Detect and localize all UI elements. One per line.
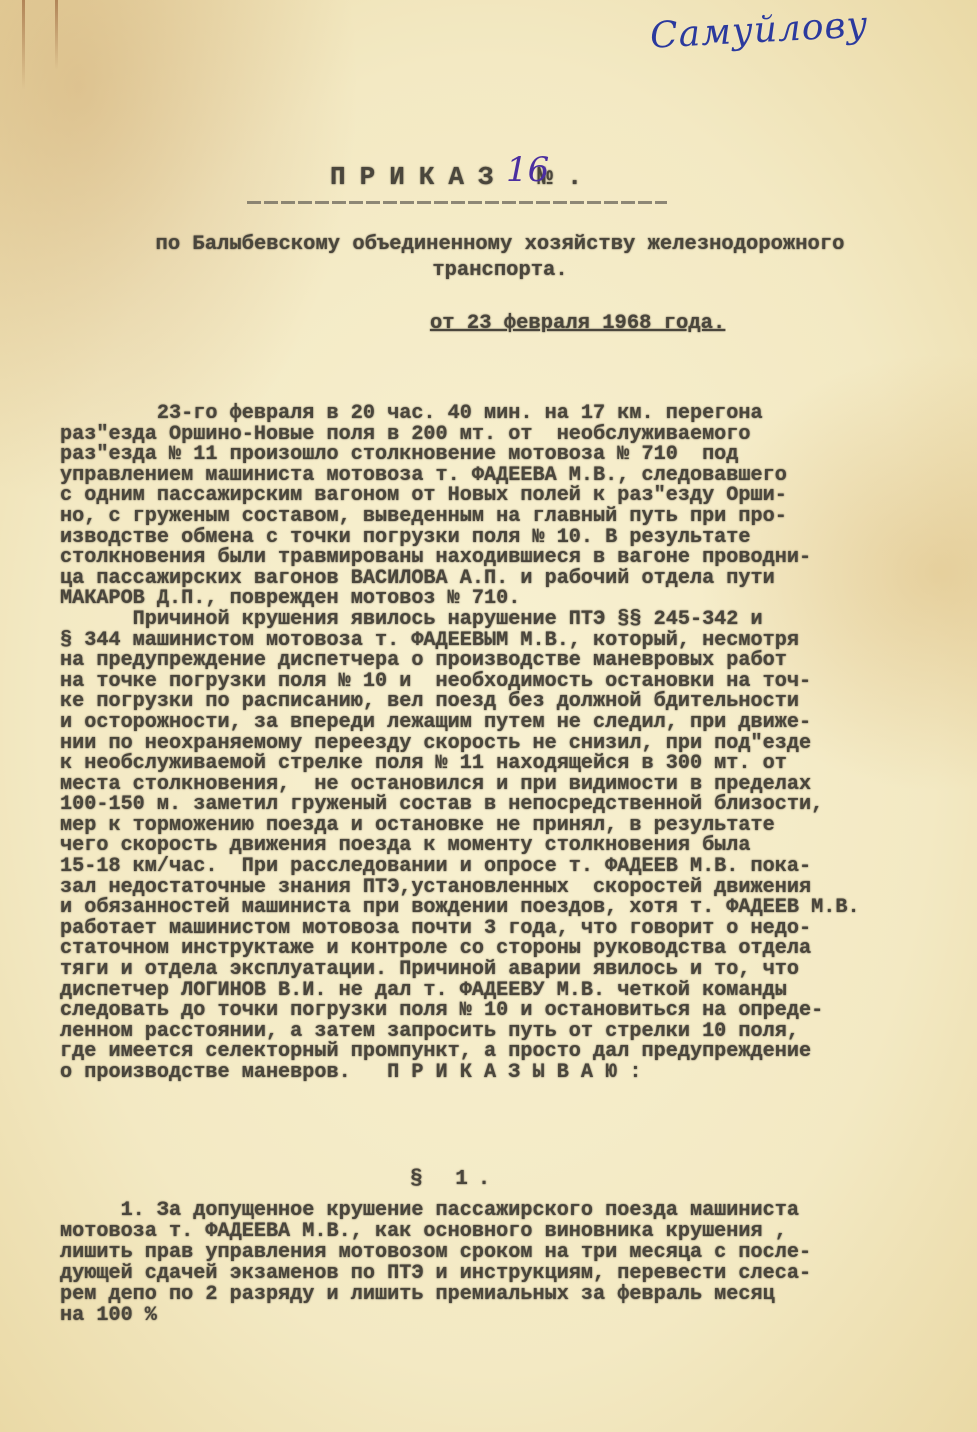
title-underline — [247, 201, 667, 204]
text-line: о производстве маневров. П Р И К А З Ы В… — [60, 1063, 950, 1084]
text-line: работает машинистом мотовоза почти 3 год… — [60, 919, 950, 940]
document-title: ПРИКАЗ №. — [330, 162, 596, 192]
text-line: и обязанностей машиниста при вождении по… — [60, 898, 950, 919]
text-line: 100-150 м. заметил груженый состав в неп… — [60, 795, 950, 816]
text-line: лишить прав управления мотовозом сроком … — [60, 1242, 950, 1263]
subtitle-line: по Балыбевскому объединенному хозяйству … — [70, 232, 930, 258]
text-line: столкновения были травмированы находивши… — [60, 548, 950, 569]
text-line: чего скорость движения поезда к моменту … — [60, 836, 950, 857]
text-line: но, с груженым составом, выведенным на г… — [60, 507, 950, 528]
text-line: 1. За допущенное крушение пассажирского … — [60, 1200, 950, 1221]
clause-1: 1. За допущенное крушение пассажирского … — [60, 1200, 950, 1326]
text-line: Причиной крушения явилось нарушение ПТЭ … — [60, 610, 950, 631]
text-line: и осторожности, за впереди лежащим путем… — [60, 713, 950, 734]
text-line: рем депо по 2 разряду и лишить премиальн… — [60, 1284, 950, 1305]
document-subtitle: по Балыбевскому объединенному хозяйству … — [70, 232, 930, 284]
text-line: раз"езда № 11 произошло столкновение мот… — [60, 445, 950, 466]
text-line: нии по неохраняемому переезду скорость н… — [60, 734, 950, 755]
section-heading: § 1. — [410, 1168, 500, 1191]
text-line: 23-го февраля в 20 час. 40 мин. на 17 км… — [60, 404, 950, 425]
text-line: мотовоза т. ФАДЕЕВА М.В., как основного … — [60, 1221, 950, 1242]
text-line: ке погрузки по расписанию, вел поезд без… — [60, 692, 950, 713]
text-line: дующей сдачей экзаменов по ПТЭ и инструк… — [60, 1263, 950, 1284]
text-line: тяги и отдела эксплуатации. Причиной ава… — [60, 960, 950, 981]
order-number: 16 — [506, 150, 549, 190]
document-date: от 23 февраля 1968 года. — [430, 312, 725, 335]
text-line: к необслуживаемой стрелке поля № 11 нахо… — [60, 754, 950, 775]
text-line: на предупреждение диспетчера о производс… — [60, 651, 950, 672]
text-line: МАКАРОВ Д.П., поврежден мотовоз № 710. — [60, 589, 950, 610]
text-line: где имеется селекторный промпункт, а про… — [60, 1042, 950, 1063]
text-line: с одним пассажирским вагоном от Новых по… — [60, 486, 950, 507]
subtitle-line: транспорта. — [70, 258, 930, 284]
document-body: 23-го февраля в 20 час. 40 мин. на 17 км… — [60, 404, 950, 1084]
text-line: следовать до точки погрузки поля № 10 и … — [60, 1001, 950, 1022]
text-line: статочном инструктаже и контроле со стор… — [60, 939, 950, 960]
text-line: на 100 % — [60, 1305, 950, 1326]
paper-stain — [55, 0, 58, 70]
text-line: 15-18 км/час. При расследовании и опросе… — [60, 857, 950, 878]
paper-stain — [22, 0, 25, 90]
